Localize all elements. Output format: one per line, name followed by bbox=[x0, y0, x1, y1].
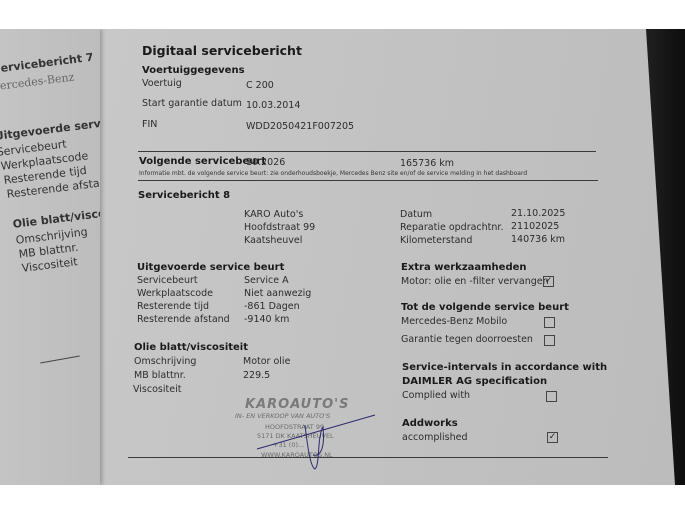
document-title: Digitaal servicebericht bbox=[142, 43, 302, 58]
prev-divider bbox=[40, 356, 80, 364]
rust-warranty-checkbox[interactable] bbox=[544, 335, 555, 346]
remaining-time-label: Resterende tijd bbox=[137, 301, 209, 312]
report-title: Servicebericht 8 bbox=[138, 190, 230, 201]
divider bbox=[138, 151, 596, 152]
until-next-heading: Tot de volgende service beurt bbox=[401, 302, 569, 313]
complied-with-label: Complied with bbox=[402, 390, 470, 401]
service-label: Servicebeurt bbox=[137, 275, 198, 286]
warranty-start-label: Start garantie datum bbox=[142, 98, 242, 109]
service-heading: Uitgevoerde service beurt bbox=[137, 262, 284, 273]
fin-label: FIN bbox=[142, 119, 157, 130]
mileage-label: Kilometerstand bbox=[400, 235, 472, 246]
oil-heading: Olie blatt/viscositeit bbox=[134, 342, 248, 353]
dealer-stamp: KAROAUTO'S IN- EN VERKOOP VAN AUTO'S HOO… bbox=[225, 397, 385, 467]
prev-report-title: Servicebericht 7 bbox=[0, 51, 94, 76]
fin-value: WDD2050421F007205 bbox=[246, 121, 354, 132]
addworks-heading: Addworks bbox=[402, 418, 458, 429]
dealer-name: KARO Auto's bbox=[244, 209, 303, 220]
next-service-date: 10.2026 bbox=[246, 157, 285, 168]
remaining-time-value: -861 Dagen bbox=[244, 301, 300, 312]
dealer-city: Kaatsheuvel bbox=[244, 235, 302, 246]
workshop-code-value: Niet aanwezig bbox=[244, 288, 311, 299]
complied-with-checkbox[interactable] bbox=[546, 391, 557, 402]
intervals-heading-line1: Service-intervals in accordance with bbox=[402, 362, 607, 373]
order-number-label: Reparatie opdrachtnr. bbox=[400, 222, 503, 233]
intervals-heading-line2: DAIMLER AG specification bbox=[402, 376, 547, 387]
date-label: Datum bbox=[400, 209, 432, 220]
prev-service-heading: Uitgevoerde service beurt bbox=[0, 110, 100, 143]
warranty-start-value: 10.03.2014 bbox=[246, 100, 300, 111]
dealer-street: Hoofdstraat 99 bbox=[244, 222, 315, 233]
prev-brand: Mercedes-Benz bbox=[0, 71, 75, 94]
divider bbox=[138, 180, 598, 181]
mb-sheet-value: 229.5 bbox=[243, 370, 270, 381]
order-number-value: 21102025 bbox=[511, 221, 559, 232]
signature bbox=[225, 397, 385, 477]
mobilo-label: Mercedes-Benz Mobilo bbox=[401, 316, 507, 327]
remaining-distance-value: -9140 km bbox=[244, 314, 289, 325]
accomplished-label: accomplished bbox=[402, 432, 468, 443]
extra-work-item: Motor: olie en -filter vervangen bbox=[401, 276, 549, 287]
mobilo-checkbox[interactable] bbox=[544, 317, 555, 328]
viscosity-label: Viscositeit bbox=[133, 384, 181, 395]
accomplished-checkbox[interactable]: ✓ bbox=[547, 432, 558, 443]
extra-work-checkbox[interactable]: ✓ bbox=[543, 276, 554, 287]
date-value: 21.10.2025 bbox=[511, 208, 565, 219]
oil-description-value: Motor olie bbox=[243, 356, 290, 367]
next-service-km: 165736 km bbox=[400, 158, 454, 169]
oil-description-label: Omschrijving bbox=[134, 356, 196, 367]
mileage-value: 140736 km bbox=[511, 234, 565, 245]
rust-warranty-label: Garantie tegen doorroesten bbox=[401, 334, 533, 345]
vehicle-label: Voertuig bbox=[142, 78, 182, 89]
extra-work-heading: Extra werkzaamheden bbox=[401, 262, 527, 273]
vehicle-value: C 200 bbox=[246, 80, 274, 91]
mb-sheet-label: MB blattnr. bbox=[134, 370, 186, 381]
service-value: Service A bbox=[244, 275, 289, 286]
workshop-code-label: Werkplaatscode bbox=[137, 288, 213, 299]
previous-report-sheet: Servicebericht 7 Mercedes-Benz Uitgevoer… bbox=[0, 29, 100, 485]
document-photo: Servicebericht 7 Mercedes-Benz Uitgevoer… bbox=[0, 29, 685, 485]
next-service-info: Informatie mbt. de volgende service beur… bbox=[139, 170, 527, 177]
vehicle-heading: Voertuiggegevens bbox=[142, 65, 245, 76]
remaining-distance-label: Resterende afstand bbox=[137, 314, 230, 325]
